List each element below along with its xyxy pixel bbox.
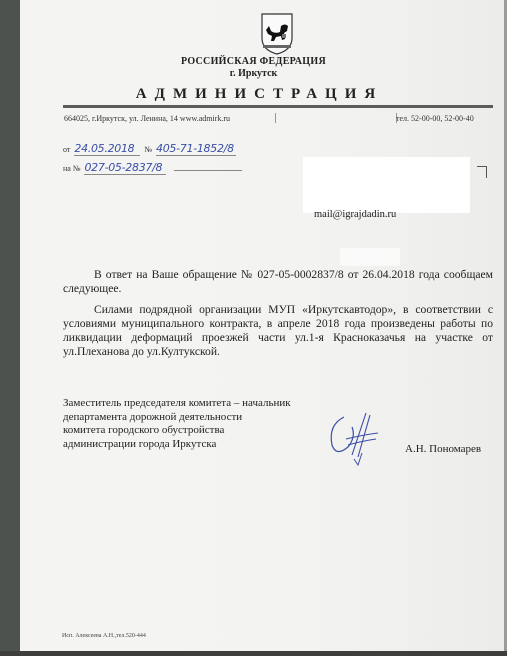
blank-field bbox=[174, 159, 242, 171]
phone-text: тел. 52-00-00, 52-00-40 bbox=[396, 114, 474, 123]
executor-info: Исп. Алексеева А.Н.,тел.520-444 bbox=[62, 633, 146, 639]
title-line: Заместитель председателя комитета – нача… bbox=[63, 397, 291, 411]
coat-of-arms-icon bbox=[254, 12, 300, 56]
signatory-name: А.Н. Пономарев bbox=[405, 443, 481, 455]
title-line: департамента дорожной деятельности bbox=[63, 411, 291, 425]
scan-border-bottom bbox=[0, 651, 507, 656]
date-prefix: от bbox=[63, 145, 70, 154]
redacted-recipient bbox=[303, 157, 470, 213]
letterhead-address: 664025, г.Иркутск, ул. Ленина, 14 www.ad… bbox=[64, 114, 230, 123]
letterhead-phone: тел. 52-00-00, 52-00-40 bbox=[394, 114, 474, 123]
registration-number: 405-71-1852/8 bbox=[156, 142, 236, 156]
number-prefix: № bbox=[144, 145, 152, 154]
body-paragraph-2: Силами подрядной организации МУП «Иркутс… bbox=[63, 303, 493, 359]
country-name: РОССИЙСКАЯ ФЕДЕРАЦИЯ bbox=[0, 56, 507, 67]
registration-date-line: от 24.05.2018 № 405-71-1852/8 bbox=[63, 139, 236, 157]
registration-date: 24.05.2018 bbox=[74, 142, 140, 156]
reply-number: 027-05-2837/8 bbox=[84, 161, 166, 175]
reply-prefix: на № bbox=[63, 164, 80, 173]
organization-title: АДМИНИСТРАЦИЯ bbox=[0, 86, 507, 103]
reply-number-line: на № 027-05-2837/8 bbox=[63, 158, 242, 176]
title-line: комитета городского обустройства bbox=[63, 424, 291, 438]
title-line: администрации города Иркутска bbox=[63, 438, 291, 452]
recipient-email: mail@igrajdadin.ru bbox=[314, 209, 396, 220]
signatory-title: Заместитель председателя комитета – нача… bbox=[63, 397, 291, 451]
city-name: г. Иркутск bbox=[0, 68, 507, 79]
address-corner-mark bbox=[477, 166, 487, 178]
body-paragraph-1: В ответ на Ваше обращение № 027-05-00028… bbox=[63, 268, 493, 296]
divider bbox=[275, 113, 276, 123]
handwritten-signature-icon bbox=[322, 407, 384, 469]
letterhead-rule bbox=[63, 105, 493, 108]
redacted-area bbox=[340, 248, 400, 266]
